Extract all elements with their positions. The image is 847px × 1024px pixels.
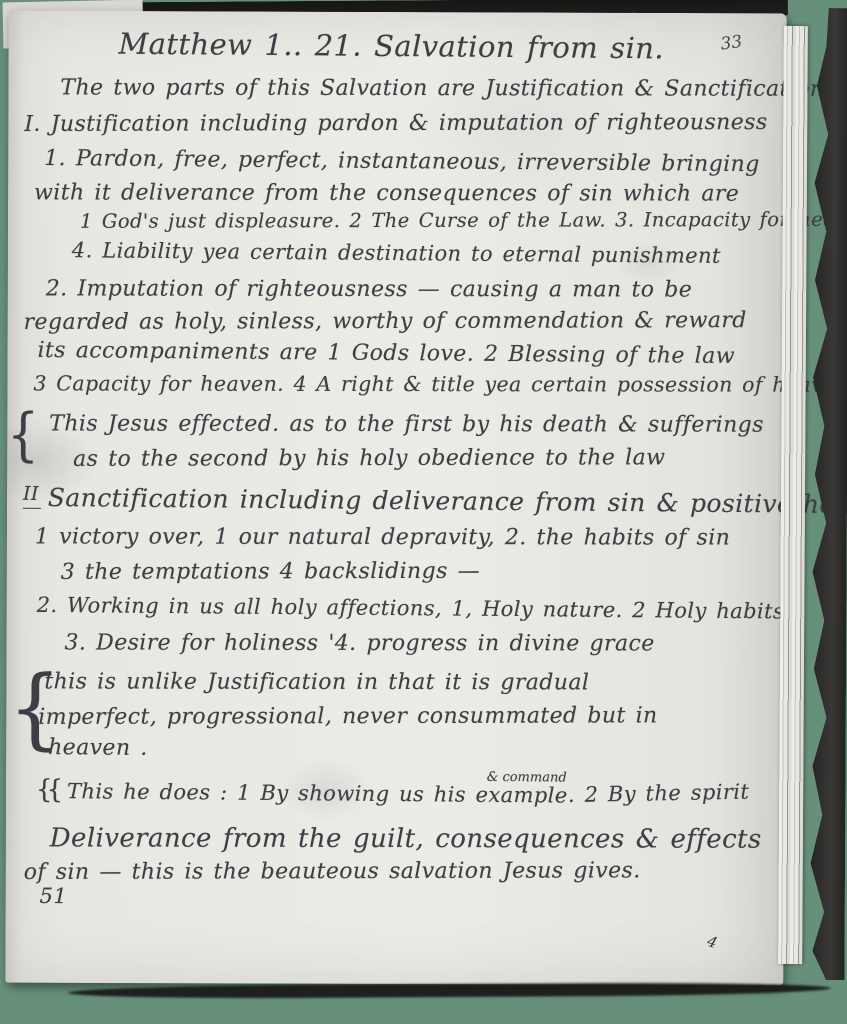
manuscript-line: Deliverance from the guilt, consequences… (22, 823, 760, 857)
double-brace-mark: {{ (36, 774, 57, 804)
spirit-line-post: . 2 By the spirit (567, 778, 749, 808)
manuscript-line-sanctification-heading: IISanctification including deliverance f… (23, 482, 761, 521)
manuscript-line-this-he-does: {{This he does : 1 By showing us his & c… (22, 773, 760, 812)
manuscript-line: 2. Working in us all holy affections, 1,… (23, 592, 761, 625)
page-title: Matthew 1.. 21. Salvation from sin. (24, 25, 762, 68)
manuscript-line: imperfect, progressional, never consumma… (22, 702, 760, 732)
brace-group-jesus-effected: { This Jesus effected. as to the first b… (23, 410, 761, 474)
footer-number: 51 (21, 883, 759, 916)
manuscript-line: This Jesus effected. as to the first by … (23, 411, 761, 440)
spirit-line-pre: This he does : 1 By showing us his (67, 779, 476, 807)
manuscript-line: 4. Liability yea certain destination to … (24, 237, 762, 270)
manuscript-line: 3. Desire for holiness '4. progress in d… (22, 629, 760, 658)
manuscript-page: 33 Matthew 1.. 21. Salvation from sin. T… (5, 11, 786, 986)
book-fore-edge-pages (778, 26, 808, 964)
manuscript-line: as to the second by his holy obedience t… (23, 444, 761, 474)
manuscript-line: with it deliverance from the consequence… (24, 179, 762, 208)
manuscript-line: 2. Imputation of righteousness — causing… (24, 276, 762, 305)
superscript-insertion: & command (487, 769, 567, 786)
manuscript-line: 1 God's just displeasure. 2 The Curse of… (24, 208, 762, 234)
manuscript-line: this is unlike Justification in that it … (22, 669, 760, 698)
manuscript-line: regarded as holy, sinless, worthy of com… (24, 307, 762, 337)
manuscript-line: 3 the temptations 4 backslidings — (23, 557, 761, 587)
heading-text: Sanctification including deliverance fro… (48, 483, 847, 520)
manuscript-line: of sin — this is the beauteous salvation… (22, 857, 760, 887)
manuscript-line: 3 Capacity for heaven. 4 A right & title… (23, 371, 761, 398)
manuscript-line-justification-heading: I. Justification including pardon & impu… (24, 109, 762, 139)
manuscript-line: 1. Pardon, free, perfect, instantaneous,… (24, 145, 762, 179)
book-bottom-shadow (68, 982, 831, 1000)
brace-group-unlike-justification: { this is unlike Justification in that i… (22, 668, 760, 766)
handwritten-text-block: Matthew 1.. 21. Salvation from sin. The … (21, 25, 762, 986)
insertion-point: & commandexample (475, 782, 567, 807)
manuscript-line: heaven . (22, 734, 760, 768)
roman-numeral-ii: II (23, 483, 41, 509)
manuscript-line: The two parts of this Salvation are Just… (24, 74, 762, 103)
manuscript-line: its accompaniments are 1 Gods love. 2 Bl… (23, 337, 761, 371)
manuscript-line: 1 victory over, 1 our natural depravity,… (23, 523, 761, 552)
